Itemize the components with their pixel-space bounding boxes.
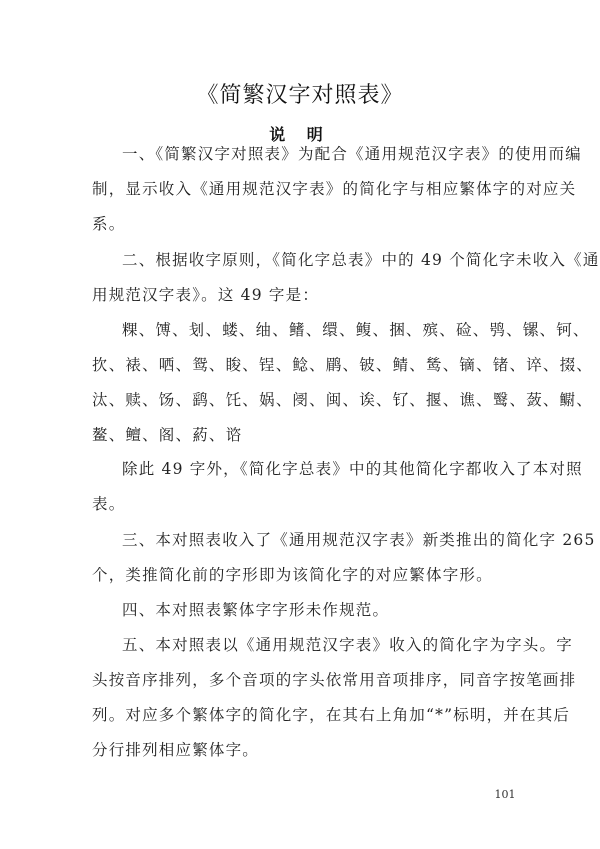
paragraph-1-line-2: 制，显示收入《通用规范汉字表》的简化字与相应繁体字的对应关 <box>92 179 532 199</box>
section-heading: 说 明 <box>0 122 600 145</box>
paragraph-5-line-1: 四、本对照表繁体字字形未作规范。 <box>122 600 532 620</box>
paragraph-6-line-3: 列。对应多个繁体字的简化字，在其右上角加“*”标明，并在其后 <box>92 705 532 725</box>
paragraph-6-line-4: 分行排列相应繁体字。 <box>92 740 532 760</box>
paragraph-4-line-1: 三、本对照表收入了《通用规范汉字表》新类推出的简化字 265 <box>122 530 532 550</box>
paragraph-6-line-2: 头按音序排列，多个音项的字头依常用音项排序，同音字按笔画排 <box>92 670 532 690</box>
character-list-line-1: 粿、馎、刬、蝼、䌷、鳍、缳、鳆、捆、殡、硷、鸮、镙、钶、 <box>122 320 532 340</box>
paragraph-1-line-1: 一、《简繁汉字对照表》为配合《通用规范汉字表》的使用而编 <box>122 144 532 164</box>
character-list-line-4: 鳌、鳣、阁、葯、谘 <box>92 425 532 445</box>
character-list-line-2: 扻、裱、哂、鸳、睃、锃、鲶、鹛、铍、鲭、鸶、镝、锗、谇、掇、 <box>92 355 532 375</box>
paragraph-4-line-2: 个，类推简化前的字形即为该简化字的对应繁体字形。 <box>92 565 532 585</box>
page-number: 101 <box>490 788 520 801</box>
paragraph-1-line-3: 系。 <box>92 214 532 234</box>
character-list-line-3: 汰、赎、饧、鹞、饦、娲、阌、闽、诶、钌、揠、谯、鹥、蔹、鳚、 <box>92 390 532 410</box>
paragraph-6-line-1: 五、本对照表以《通用规范汉字表》收入的简化字为字头。字 <box>122 635 532 655</box>
paragraph-2-line-1: 二、根据收字原则，《简化字总表》中的 49 个简化字未收入《通 <box>122 250 532 270</box>
paragraph-2-line-2: 用规范汉字表》。这 49 字是： <box>92 285 532 305</box>
paragraph-3-line-2: 表。 <box>92 494 532 514</box>
paragraph-3-line-1: 除此 49 字外，《简化字总表》中的其他简化字都收入了本对照 <box>122 459 532 479</box>
document-title: 《简繁汉字对照表》 <box>0 78 600 109</box>
